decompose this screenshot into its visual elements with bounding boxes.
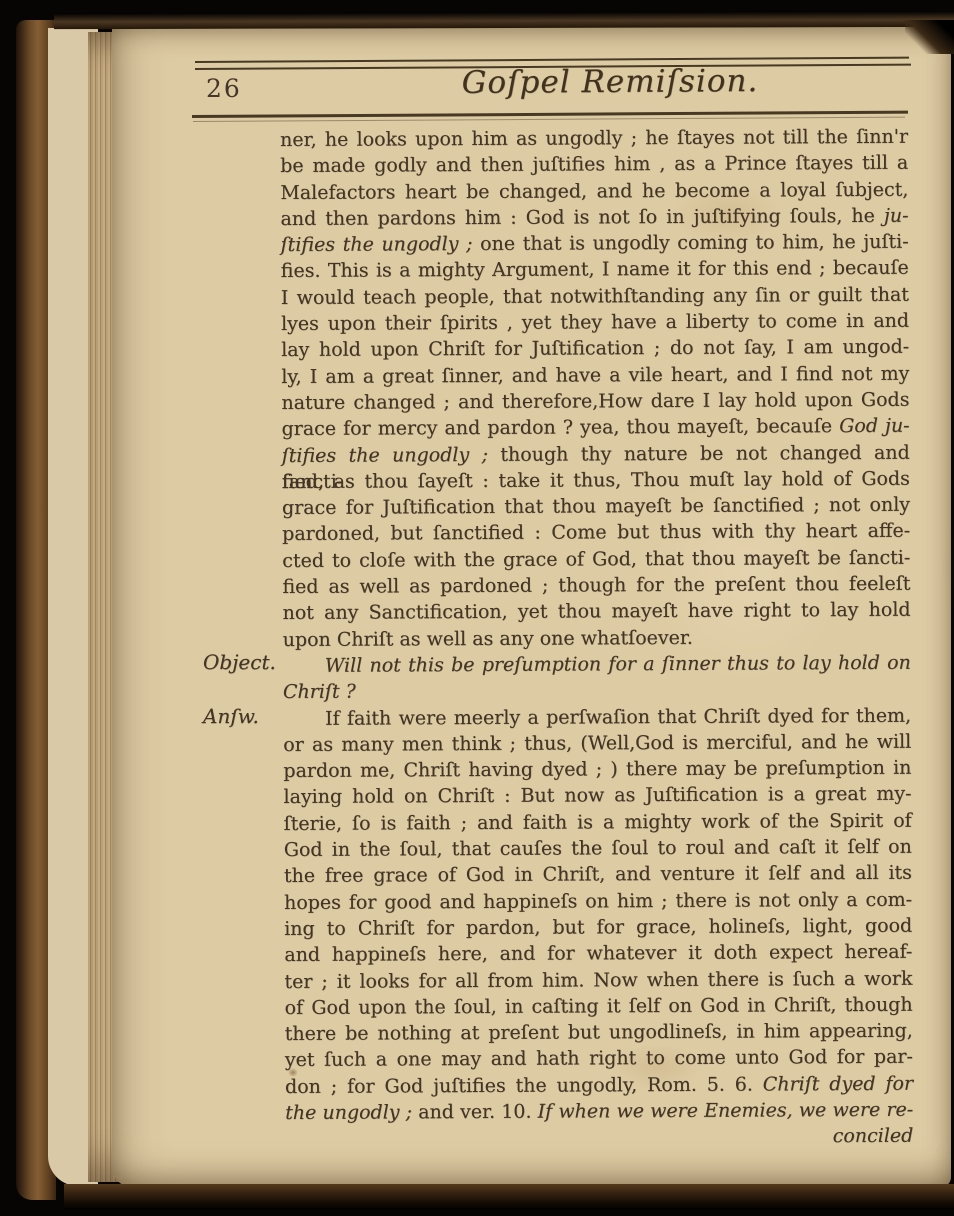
text-line: or as many men think ; thus, (Well,God i… <box>283 729 911 759</box>
text-segment: If faith were meerly a perſwaſion that C… <box>325 704 911 729</box>
text-line: ſtifies the ungodly ; one that is ungodl… <box>281 229 909 259</box>
text-segment: pardoned, but ſanctified : Come but thus… <box>282 520 910 545</box>
italic-text-segment: Will not this be preſumption for a ſinne… <box>325 652 911 677</box>
text-segment: grace for Juſtification that thou mayeſt… <box>282 494 910 519</box>
text-line: there be nothing at preſent but ungodlin… <box>285 1018 913 1048</box>
text-line: ly, I am a great ſinner, and have a vile… <box>281 360 909 390</box>
text-line: don ; for God juſtifies the ungodly, Rom… <box>285 1070 913 1100</box>
text-line: not any Sanctification, yet thou mayeſt … <box>282 597 910 627</box>
page-number: 26 <box>206 74 242 103</box>
italic-text-segment: Chriſt dyed for <box>763 1072 913 1095</box>
text-segment: God in the ſoul, that cauſes the ſoul to… <box>284 836 912 861</box>
text-segment: be made godly and then juſtifies him , a… <box>280 152 908 177</box>
text-line: be made godly and then juſtifies him , a… <box>280 150 908 180</box>
book-photo: 26 Goſpel Remiſsion. Object. Anſw. ner, … <box>0 0 954 1216</box>
text-line: fied as well as pardoned ; though for th… <box>282 571 910 601</box>
text-line: the ungodly ; and ver. 10. If when we we… <box>285 1097 913 1127</box>
text-segment: don ; for God juſtifies the ungodly, Rom… <box>285 1073 763 1098</box>
text-line: ter ; it looks for all from him. Now whe… <box>284 965 912 995</box>
text-line: pardon me, Chriſt having dyed ; ) there … <box>283 755 911 785</box>
text-line: Will not this be preſumption for a ſinne… <box>283 650 911 680</box>
text-segment: fies. This is a mighty Argument, I name … <box>281 257 909 282</box>
text-line: laying hold on Chriſt : But now as Juſti… <box>283 781 911 811</box>
text-segment: ing to Chriſt for pardon, but for grace,… <box>284 915 912 940</box>
text-line: ſtifies the ungodly ; though thy nature … <box>282 439 910 469</box>
text-segment: upon Chriſt as well as any one whatſoeve… <box>283 626 693 650</box>
text-line: Malefactors heart be changed, and he bec… <box>280 176 908 206</box>
text-line: nature changed ; and therefore,How dare … <box>281 387 909 417</box>
text-line: ner, he looks upon him as ungodly ; he ſ… <box>280 124 908 154</box>
text-line: ſterie, ſo is faith ; and faith is a mig… <box>284 807 912 837</box>
text-line: and happineſs here, and for whatever it … <box>284 939 912 969</box>
text-line: ing to Chriſt for pardon, but for grace,… <box>284 913 912 943</box>
text-segment: and then pardons him : God is not ſo in … <box>280 205 884 230</box>
text-segment: yet ſuch a one may and hath right to com… <box>285 1046 913 1071</box>
italic-text-segment: the ungodly ; <box>285 1101 412 1124</box>
margin-note-objection: Object. <box>203 650 275 674</box>
italic-text-segment: conciled <box>833 1125 914 1147</box>
italic-text-segment: God ju- <box>839 415 910 437</box>
body-text-block: ner, he looks upon him as ungodly ; he ſ… <box>280 124 913 1153</box>
text-line: cted to cloſe with the grace of God, tha… <box>282 544 910 574</box>
text-segment: laying hold on Chriſt : But now as Juſti… <box>283 783 911 808</box>
text-segment: ner, he looks upon him as ungodly ; he ſ… <box>280 126 908 151</box>
text-line: lyes upon their ſpirits , yet they have … <box>281 308 909 338</box>
paper-stain <box>942 504 954 634</box>
text-line: and then pardons him : God is not ſo in … <box>280 203 908 233</box>
text-line: conciled <box>285 1123 913 1153</box>
text-segment: ter ; it looks for all from him. Now whe… <box>284 967 912 992</box>
italic-text-segment: If when we were Enemies, we were re- <box>538 1099 914 1123</box>
italic-text-segment: Chriſt ? <box>283 681 356 703</box>
text-line: fies. This is a mighty Argument, I name … <box>281 255 909 285</box>
italic-text-segment: ſtifies the ungodly ; <box>281 233 473 256</box>
text-segment: there be nothing at preſent but ungodlin… <box>285 1020 913 1045</box>
text-segment: ly, I am a great ſinner, and have a vile… <box>281 362 909 387</box>
text-line: the free grace of God in Chriſt, and ven… <box>284 860 912 890</box>
text-line: grace for mercy and pardon ? yea, thou m… <box>282 413 910 443</box>
italic-text-segment: ſtifies the ungodly ; <box>282 443 488 466</box>
text-line: yet ſuch a one may and hath right to com… <box>285 1044 913 1074</box>
text-segment: pardon me, Chriſt having dyed ; ) there … <box>283 757 911 782</box>
text-segment: I would teach people, that notwithſtandi… <box>281 283 909 308</box>
text-segment: the free grace of God in Chriſt, and ven… <box>284 862 912 887</box>
text-segment: not any Sanctification, yet thou mayeſt … <box>282 599 910 624</box>
text-segment: hopes for good and happineſs on him ; th… <box>284 888 912 913</box>
text-line: grace for Juſtification that thou mayeſt… <box>282 492 910 522</box>
text-segment: lay hold upon Chriſt for Juſtification ;… <box>281 336 909 361</box>
text-segment: one that is ungodly coming to him, he ju… <box>472 231 908 255</box>
text-segment: of God upon the ſoul, in caſting it ſelf… <box>285 993 913 1018</box>
margin-note-answer: Anſw. <box>203 704 275 728</box>
text-line: Chriſt ? <box>283 676 911 706</box>
book-cover-bottom-edge <box>64 1184 954 1210</box>
text-segment: and happineſs here, and for whatever it … <box>284 941 912 966</box>
text-line: hopes for good and happineſs on him ; th… <box>284 886 912 916</box>
text-line: If faith were meerly a perſwaſion that C… <box>283 702 911 732</box>
text-line: I would teach people, that notwithſtandi… <box>281 281 909 311</box>
text-segment: cted to cloſe with the grace of God, tha… <box>282 546 910 571</box>
text-line: of God upon the ſoul, in caſting it ſelf… <box>285 991 913 1021</box>
book-cover-top-edge <box>54 11 954 29</box>
text-segment: nature changed ; and therefore,How dare … <box>281 389 909 414</box>
running-title: Goſpel Remiſsion. <box>400 63 820 102</box>
text-line: God in the ſoul, that cauſes the ſoul to… <box>284 834 912 864</box>
text-segment: and ver. 10. <box>412 1101 538 1124</box>
text-segment: fied, as thou ſayeſt : take it thus, Tho… <box>282 468 910 493</box>
italic-text-segment: ju- <box>884 205 909 227</box>
text-line: upon Chriſt as well as any one whatſoeve… <box>283 623 911 653</box>
text-segment: Malefactors heart be changed, and he bec… <box>280 178 908 203</box>
text-line: pardoned, but ſanctified : Come but thus… <box>282 518 910 548</box>
text-line: lay hold upon Chriſt for Juſtification ;… <box>281 334 909 364</box>
text-segment: fied as well as pardoned ; though for th… <box>282 573 910 598</box>
text-line: fied, as thou ſayeſt : take it thus, Tho… <box>282 466 910 496</box>
text-segment: grace for mercy and pardon ? yea, thou m… <box>282 415 840 440</box>
text-segment: ſterie, ſo is faith ; and faith is a mig… <box>284 809 912 834</box>
book-cover-corner <box>905 20 954 54</box>
text-segment: or as many men think ; thus, (Well,God i… <box>283 731 911 756</box>
text-segment: lyes upon their ſpirits , yet they have … <box>281 310 909 335</box>
